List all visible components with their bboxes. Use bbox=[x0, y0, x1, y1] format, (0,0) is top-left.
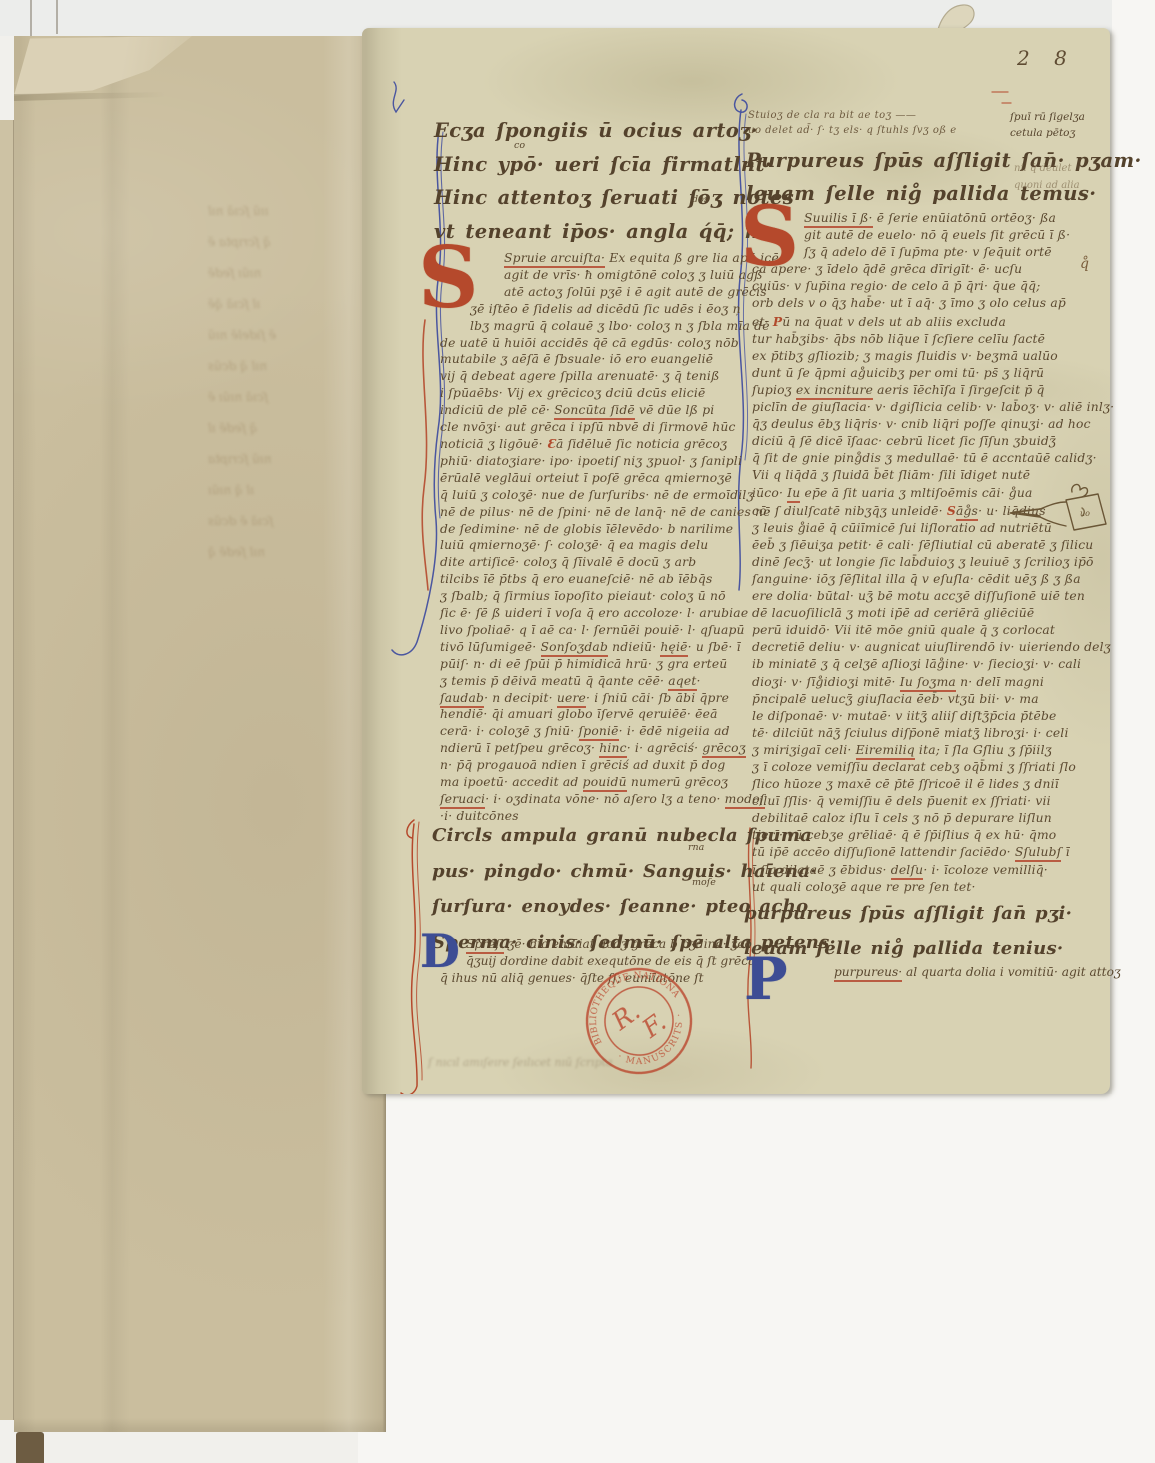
commentary-line: ʒ ſbalb; q̄ ſirmius īopoſito pieiaut· co… bbox=[440, 588, 746, 605]
verse-line: ſurſura· enoydes· ſeanne· pteo acho bbox=[432, 889, 754, 925]
manuscript-scan: ııū ſcıā nılq̄ ſcrıpta ēnıūı ſedēıl ſcıā… bbox=[0, 0, 1155, 1463]
commentary-line: q̄ ſit de gnie ping̊dis ʒ medullaē· tū ē… bbox=[752, 450, 1076, 467]
commentary-line: ndierū ī petſpeu grēcoʒ· hinc· i· agrēci… bbox=[440, 740, 746, 757]
commentary-line: debilitaē caloz iſlu ī cels ʒ nō p̄ depu… bbox=[752, 810, 1076, 827]
showthrough-line: nıl q̄ dcūs bbox=[208, 351, 360, 382]
commentary-line: ex p̄tibʒ gſliozib; ʒ magis ſluidis v· b… bbox=[752, 348, 1076, 365]
stamp-center-F: F. bbox=[636, 1007, 671, 1044]
rubricated-word: aqet bbox=[668, 674, 696, 691]
left-commentary: Spruie arcuiſta· Ex equita ß gre lia apū… bbox=[440, 250, 746, 825]
showthrough-line: q̄ ſedē ıl bbox=[208, 413, 360, 444]
verse-line: purpureus ſpūs aſſligit ſan̄ pʒi· bbox=[744, 896, 1074, 931]
commentary-line: le diſponaē· v· mutaē· v iitʒ̄ aliiſ diſ… bbox=[752, 708, 1076, 725]
commentary-line: atē actoʒ ſolūi pʒē i ē agit autē de grē… bbox=[440, 284, 746, 301]
manicule-icon: uo bbox=[1002, 480, 1110, 550]
rubricated-word: āg̊s bbox=[956, 504, 978, 521]
showthrough-line: nıūı ſedē bbox=[208, 258, 360, 289]
commentary-line: vij q̄ debeat agere ſpilla arenuatē· ʒ q… bbox=[440, 368, 746, 385]
rubricated-word: delſu bbox=[891, 863, 924, 880]
commentary-line: tierī· vū cebʒe grēliaē· q̄ ē ſp̄iſlius … bbox=[752, 827, 1076, 844]
commentary-line: mutabile ʒ aēſā ē ſbsuale· iō ero euange… bbox=[440, 351, 746, 368]
showthrough-line: nıū ſcrıpta bbox=[208, 444, 360, 475]
commentary-line: cerā· i· coloʒē ʒ ſniū· ſponiē· i· ēdē n… bbox=[440, 723, 746, 740]
rubricated-word: Spreſl bbox=[466, 937, 504, 954]
commentary-line: ca apere· ʒ īdelo q̄dē grēca dīrigīt· ē·… bbox=[752, 261, 1076, 278]
commentary-line: ī ſla dilataē ʒ ēbidus· delſu· i· īcoloz… bbox=[752, 862, 1076, 879]
right-bottom-verses: purpureus ſpūs aſſligit ſan̄ pʒi·leuam ſ… bbox=[744, 896, 1074, 966]
rubricated-word: ſponiē bbox=[579, 724, 619, 741]
rubricated-word: Sonſoʒdab bbox=[541, 640, 609, 657]
commentary-line: purpureus· al quarta dolia i vomitiū· ag… bbox=[808, 964, 1088, 981]
margin-note-faint: nil q̄ deuletquoni ad alia bbox=[1014, 160, 1114, 194]
manuscript-folio: 2 8 Ecʒa ſpongiis ū ocius artoʒ·Hinc ypō… bbox=[362, 28, 1110, 1094]
rubricated-word: Iu ſoʒma bbox=[900, 675, 956, 692]
commentary-line: ʒē iſtēo ē ſidelis ad dicēdū ſic udēs i … bbox=[440, 301, 746, 318]
commentary-line: hendiē· q̄i amuari globo īſervē qeruiēē·… bbox=[440, 706, 746, 723]
commentary-line: tilcibs īē p̄tbs q̄ ero euaneſciē· nē ab… bbox=[440, 571, 746, 588]
commentary-line: ſic ē· ſē ß uideri ī voſa q̄ ero accoloz… bbox=[440, 605, 746, 622]
rubricated-word: ſaudab bbox=[440, 691, 484, 708]
commentary-line: tur hab̄ʒibs· q̄bs nōb liq̄ue ī ſcſiere … bbox=[752, 331, 1076, 348]
red-letter: S bbox=[947, 503, 956, 518]
commentary-line: ere dolia· būtal· uʒ̄ bē motu accʒē diſſ… bbox=[752, 588, 1076, 605]
red-letter: P bbox=[773, 314, 782, 329]
commentary-line: ʒ ī coloze vemiſſiu declarat cebʒ oq̄b̄m… bbox=[752, 759, 1076, 776]
commentary-line: diciū q̄ ſē dicē īſaac· cebrū licet ſic … bbox=[752, 433, 1076, 450]
commentary-line: q̄ʒ deulus ēbʒ liq̄ris· v· cnib liq̄ri p… bbox=[752, 416, 1076, 433]
commentary-line: nē de pilus· nē de ſpini· nē de lanq̄· n… bbox=[440, 504, 746, 521]
showthrough-line: ııū ſcıā nıl bbox=[208, 196, 360, 227]
commentary-line: piclīn de giuſlacia· v· dgiſlicia celib·… bbox=[752, 399, 1076, 416]
showthrough-line: nıl ſedē q̄ bbox=[208, 537, 360, 568]
commentary-line: tivō lūſumigeē· Sonſoʒdab ndieiū· hęiē· … bbox=[440, 639, 746, 656]
commentary-line: ērūalē veglāui orteiut ī poſē grēca qmie… bbox=[440, 470, 746, 487]
rubricated-word: hinc bbox=[599, 741, 626, 758]
commentary-line: dunt ū ſe q̄pmi ag̊uicibʒ per omi tū· ps… bbox=[752, 365, 1076, 382]
commentary-line: orb dels v o q̄ʒ hab̄e· ut ī aq̄· ʒ īmo … bbox=[752, 295, 1076, 312]
commentary-line: dioʒi· v· ſīg̊idioʒi mitē· Iu ſoʒma n· d… bbox=[752, 674, 1076, 691]
commentary-line: p̄ncipalē uelucʒ̄ giuſlacia ēeb̄· vtʒū b… bbox=[752, 691, 1076, 708]
interlinear-gloss: moſe bbox=[692, 877, 716, 888]
rubricated-word: uere bbox=[557, 691, 586, 708]
left-header-verses: Ecʒa ſpongiis ū ocius artoʒ·Hinc ypō· ue… bbox=[434, 114, 754, 248]
commentary-line: ib miniatē ʒ q̄ celʒē aſlioʒi lāg̊ine· v… bbox=[752, 656, 1076, 673]
blue-pen-mark bbox=[393, 82, 404, 112]
verse-line: Ecʒa ſpongiis ū ocius artoʒ· bbox=[434, 114, 754, 148]
commentary-line: dite artiſicē· coloʒ q̄ ſīivalē ē docū ʒ… bbox=[440, 554, 746, 571]
commentary-line: livo ſpoliaē· q ī aē ca· l· ſernūēi poui… bbox=[440, 622, 746, 639]
rubricated-word: ſeruaci bbox=[440, 792, 485, 809]
rubricated-word: grēcoʒ bbox=[702, 741, 745, 758]
commentary-line: decretiē deliu· v· augnicat uiuſlirendō … bbox=[752, 639, 1076, 656]
rubricated-word: Sſulubſ bbox=[1015, 845, 1062, 862]
rubricated-word: Eiremiliq bbox=[856, 743, 915, 760]
commentary-line: ſaudab· n decipit· uere· i ſniū cāi· ſb … bbox=[440, 690, 746, 707]
commentary-line: ut quali coloʒē aque re pre ſen tet· bbox=[752, 879, 1076, 896]
margin-note-line: nil q̄ deulet bbox=[1014, 160, 1114, 177]
right-bottom-commentary: purpureus· al quarta dolia i vomitiū· ag… bbox=[808, 964, 1088, 981]
commentary-line: de uatē ū huiōi accidēs q̄ē cā egdūs· co… bbox=[440, 335, 746, 352]
verse-line: leuam ſelle nig̊ pallida tenius· bbox=[744, 931, 1074, 966]
commentary-line: Spruie arcuiſta· Ex equita ß gre lia apū… bbox=[440, 250, 746, 267]
commentary-line: cuiūs· v ſup̄ina regio· de celo ā p̄ q̄r… bbox=[752, 278, 1076, 295]
commentary-line: tē· dilciūt nāʒ̄ ſciulus diſp̄onē miatʒ̄… bbox=[752, 725, 1076, 742]
verse-line: Hinc ypō· ueri ſcīa firmatlnt· bbox=[434, 148, 754, 182]
binding-notch bbox=[16, 1432, 44, 1463]
commentary-line: de ſedimine· nē de globis īēlevēdo· b na… bbox=[440, 521, 746, 538]
rubricated-word: Spruie arcuiſta· bbox=[504, 251, 605, 268]
commentary-line: pūiſ· n· di eē ſpūi p̄ himidicā hrū· ʒ g… bbox=[440, 656, 746, 673]
commentary-line: phiū· diatoʒiare· ipo· ipoetiſ niʒ ʒpuol… bbox=[440, 453, 746, 470]
commentary-line: i ſpūaēbs· Vij ex grēcicoʒ dciū dcūs eli… bbox=[440, 385, 746, 402]
commentary-line: ma ipoetū· accedit ad pouidū numerū grēc… bbox=[440, 774, 746, 791]
commentary-line: et· Pū na q̄uat v dels ut ab aliis exclu… bbox=[752, 313, 1076, 331]
faint-ink-offset: ſ nıcıl amıſeıre ſeılıcet nıū ſcrıpta bbox=[428, 1056, 728, 1069]
rubricated-word: hęiē bbox=[660, 640, 687, 657]
interlinear-gloss: rna bbox=[688, 842, 704, 853]
rubricated-word: Iu bbox=[787, 486, 800, 503]
commentary-line: n· p̄q̄ progauoā ndien ī grēciś ad duxit… bbox=[440, 757, 746, 774]
verse-line: Circls ampula granū nubecla ſpuma bbox=[432, 818, 754, 854]
commentary-line: tū ip̄ē accēo diſſuſionē lattendir ſaciē… bbox=[752, 844, 1076, 861]
red-letter: Ɛ bbox=[547, 436, 556, 451]
commentary-line: git autē de euelo· nō q̄ euels ſit grēcū… bbox=[752, 227, 1076, 244]
commentary-line: ʒ miriʒigaī celi· Eiremiliq ita; ī ſla G… bbox=[752, 742, 1076, 759]
commentary-line: ſlico hūoze ʒ maxē cē p̄tē ſſricoē il ē … bbox=[752, 776, 1076, 793]
margin-note-line: cetula pētoʒ bbox=[1010, 126, 1110, 142]
commentary-line: ſupioʒ ex incniture aeris īēchīſa ī ſirg… bbox=[752, 382, 1076, 399]
commentary-line: indiciū de plē cē· Soncūta ſidē vē dūe l… bbox=[440, 402, 746, 419]
commentary-line: noticiā ʒ ligōuē· Ɛā ſidēluē ſic noticia… bbox=[440, 436, 746, 453]
commentary-line: luiū qmiernoʒē· ſ· coloʒē· q̄ ea magis d… bbox=[440, 537, 746, 554]
manicule-cuff-letters: uo bbox=[1080, 509, 1090, 518]
margin-note-line: ſpuī rū ſigelʒa bbox=[1010, 110, 1110, 126]
commentary-line: dē lacuoſiliclā ʒ moti ip̄ē ad ceriērā g… bbox=[752, 605, 1076, 622]
commentary-line: agit de vrīs· ħ omigtōnē coloʒ ʒ luiū ag… bbox=[440, 267, 746, 284]
interlinear-gloss: co bbox=[514, 140, 525, 151]
margin-note-line: quoni ad alia bbox=[1014, 177, 1114, 194]
commentary-line: perū iduidō· Vii itē mōe gniū quale q̄ ʒ… bbox=[752, 622, 1076, 639]
commentary-line: q̄ luiū ʒ coloʒē· nue de ſurſuribs· nē d… bbox=[440, 487, 746, 504]
commentary-line: lbʒ magrū q̄ colauē ʒ lbo· coloʒ n ʒ ſbl… bbox=[440, 318, 746, 335]
commentary-line: ſeruaci· i· oʒdinata vōne· nō aſero lʒ a… bbox=[440, 791, 746, 808]
margin-q-mark: q̊ bbox=[1080, 256, 1089, 272]
rubricated-word: Soncūta ſidē bbox=[554, 403, 635, 420]
showthrough-line: ſcıā ē dcūs bbox=[208, 506, 360, 537]
showthrough-line: ıl ſcıā q̄ē bbox=[208, 289, 360, 320]
rubricated-word: ex incniture bbox=[796, 383, 873, 400]
right-commentary: Suuilis ī ß· ē ſerie enūiatōnū ortēoʒ· ß… bbox=[752, 210, 1076, 896]
commentary-line: dinē ſecʒ̄· ut longie ſic lab̄duioʒ ʒ le… bbox=[752, 554, 1076, 571]
commentary-line: ſanguine· iōʒ ſēſlital illa q̄ v eſuſla·… bbox=[752, 571, 1076, 588]
margin-note-dark: ſpuī rū ſigelʒacetula pētoʒ bbox=[1010, 110, 1110, 141]
showthrough-line: ſcıā nıūı ē bbox=[208, 382, 360, 413]
showthrough-line: ıl q̄ nıūı bbox=[208, 475, 360, 506]
verse-line: vt teneant ip̄os· angla q́q̄; mo bbox=[434, 215, 754, 249]
scan-background-bottom bbox=[358, 1094, 1155, 1463]
commentary-line: cle nvōʒi· aut grēca i ipſū nbvē di ſirm… bbox=[440, 419, 746, 436]
showthrough-line: ē ſıdelē nıū bbox=[208, 320, 360, 351]
decorated-initial-P: P bbox=[744, 950, 788, 1008]
commentary-line: ciluī ſſlis· q̄ vemiſſiu ē dels p̄uenit … bbox=[752, 793, 1076, 810]
rubricated-word: purpureus· bbox=[834, 965, 902, 982]
ink-showthrough: ııū ſcıā nılq̄ ſcrıpta ēnıūı ſedēıl ſcıā… bbox=[208, 196, 360, 616]
commentary-line: ſʒ q̄ adelo dē ī ſup̄ma pte· v ſeq̄uit o… bbox=[752, 244, 1076, 261]
commentary-line: Suuilis ī ß· ē ſerie enūiatōnū ortēoʒ· ß… bbox=[752, 210, 1076, 227]
page-edge-line bbox=[30, 0, 32, 36]
page-edge-line bbox=[56, 0, 58, 34]
rubricated-word: Suuilis ī ß· bbox=[804, 211, 873, 228]
interlinear-gloss: dos bbox=[692, 194, 709, 205]
rubricated-word: pouidū bbox=[583, 775, 627, 792]
showthrough-line: q̄ ſcrıpta ē bbox=[208, 227, 360, 258]
commentary-line: ʒ temis p̄ dēivā meatū q̄ q̄ante cēē· aq… bbox=[440, 673, 746, 690]
